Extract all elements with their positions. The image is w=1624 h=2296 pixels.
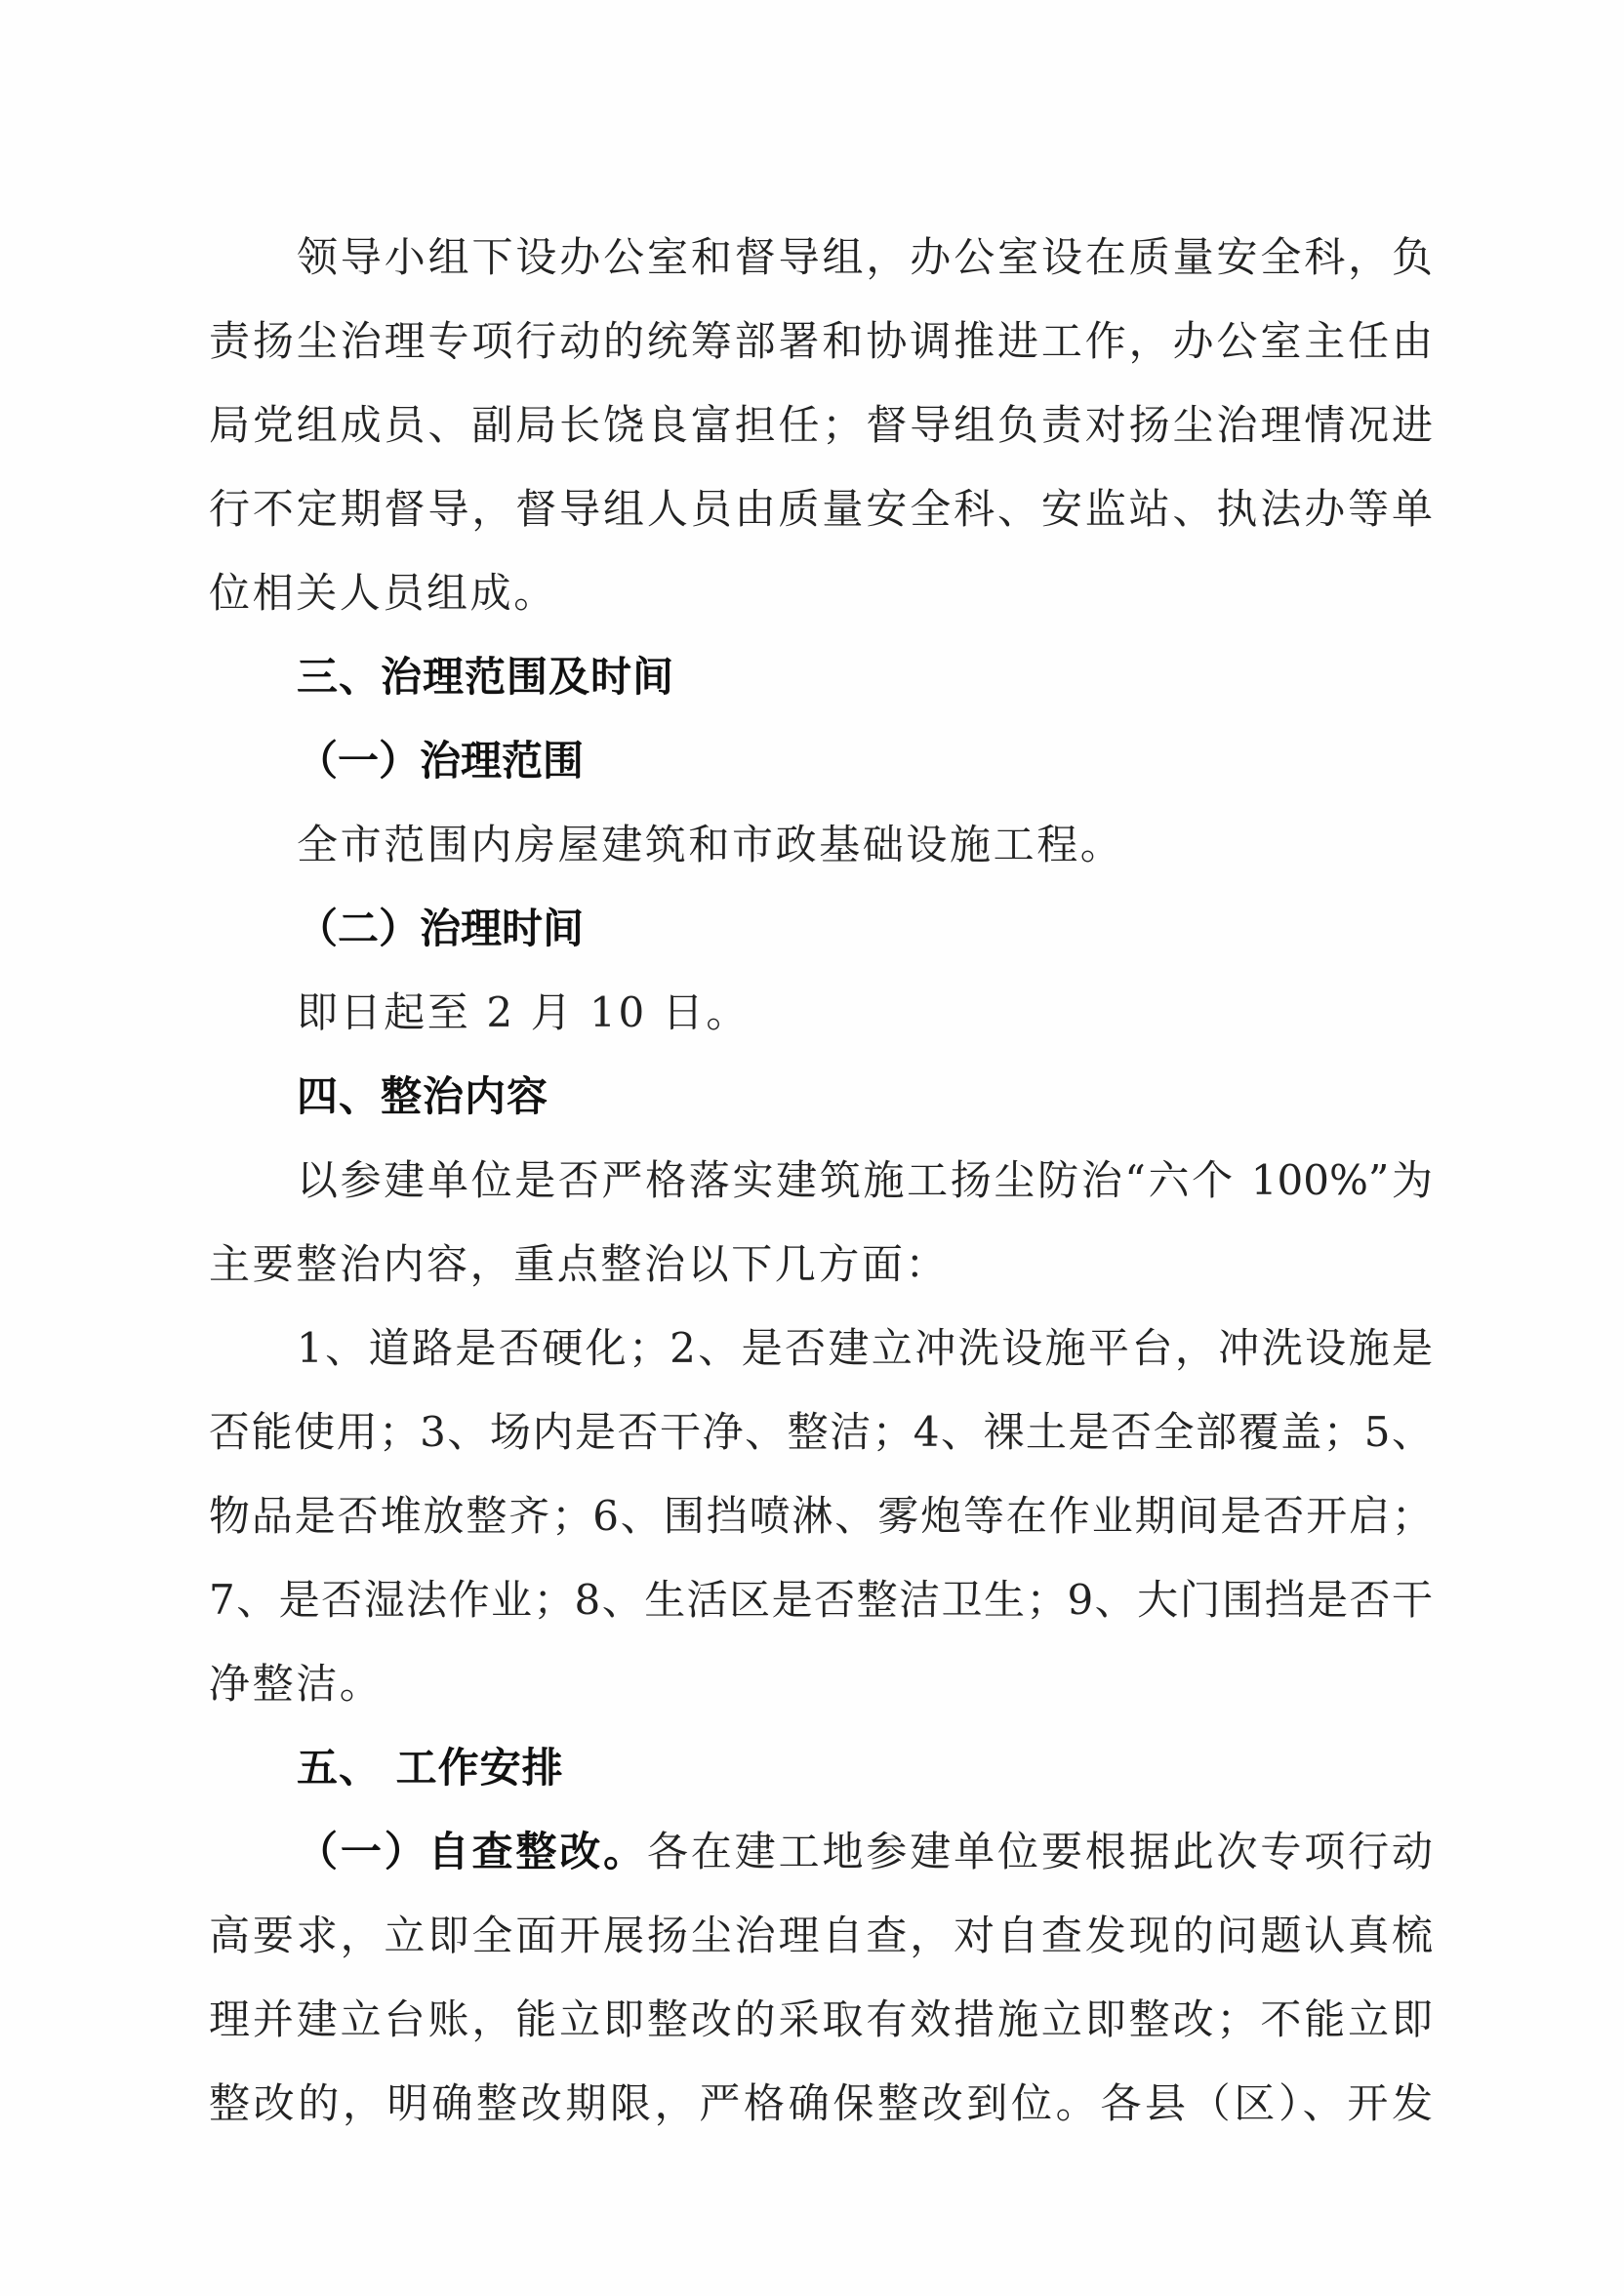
text-line: 物品是否堆放整齐；6、围挡喷淋、雾炮等在作业期间是否开启； <box>209 1485 1433 1569</box>
text-line: 整改的，明确整改期限，严格确保整改到位。各县（区）、开发 <box>209 2073 1433 2156</box>
paragraph-leadership-office: 领导小组下设办公室和督导组，办公室设在质量安全科，负 责扬尘治理专项行动的统筹部… <box>209 226 1433 646</box>
paragraph-lead-self-inspection: （一）自查整改。 <box>297 1828 647 1875</box>
subheading-scope: （一）治理范围 <box>209 730 1433 814</box>
text-line: 1、道路是否硬化；2、是否建立冲洗设施平台，冲洗设施是 <box>209 1317 1433 1401</box>
document-page: 领导小组下设办公室和督导组，办公室设在质量安全科，负 责扬尘治理专项行动的统筹部… <box>0 0 1624 2296</box>
section-heading-rectification-content: 四、整治内容 <box>209 1066 1433 1149</box>
text-line: 高要求，立即全面开展扬尘治理自查，对自查发现的问题认真梳 <box>209 1905 1433 1989</box>
section-heading-work-arrangement: 五、 工作安排 <box>209 1737 1433 1821</box>
text-line: 行不定期督导，督导组人员由质量安全科、安监站、执法办等单 <box>209 478 1433 562</box>
text-line: 领导小组下设办公室和督导组，办公室设在质量安全科，负 <box>209 226 1433 310</box>
text-line: （一）自查整改。各在建工地参建单位要根据此次专项行动 <box>209 1821 1433 1905</box>
subheading-time: （二）治理时间 <box>209 898 1433 982</box>
text-run: 各在建工地参建单位要根据此次专项行动 <box>647 1828 1433 1875</box>
paragraph-rectification-intro: 以参建单位是否严格落实建筑施工扬尘防治“六个 100%”为 主要整治内容，重点整… <box>209 1149 1433 1317</box>
text-line: 净整洁。 <box>209 1653 1433 1737</box>
paragraph-time: 即日起至 2 月 10 日。 <box>209 982 1433 1066</box>
paragraph-rectification-items: 1、道路是否硬化；2、是否建立冲洗设施平台，冲洗设施是 否能使用；3、场内是否干… <box>209 1317 1433 1737</box>
text-line: 责扬尘治理专项行动的统筹部署和协调推进工作，办公室主任由 <box>209 310 1433 394</box>
document-body: 领导小组下设办公室和督导组，办公室设在质量安全科，负 责扬尘治理专项行动的统筹部… <box>209 226 1433 2156</box>
text-line: 否能使用；3、场内是否干净、整洁；4、裸土是否全部覆盖；5、 <box>209 1401 1433 1485</box>
text-line: 7、是否湿法作业；8、生活区是否整洁卫生；9、大门围挡是否干 <box>209 1569 1433 1653</box>
text-line: 以参建单位是否严格落实建筑施工扬尘防治“六个 100%”为 <box>209 1149 1433 1233</box>
paragraph-self-inspection: （一）自查整改。各在建工地参建单位要根据此次专项行动 高要求，立即全面开展扬尘治… <box>209 1821 1433 2156</box>
section-heading-scope-and-time: 三、治理范围及时间 <box>209 646 1433 730</box>
text-line: 局党组成员、副局长饶良富担任；督导组负责对扬尘治理情况进 <box>209 394 1433 478</box>
text-line: 主要整治内容，重点整治以下几方面： <box>209 1233 1433 1317</box>
text-line: 理并建立台账，能立即整改的采取有效措施立即整改；不能立即 <box>209 1989 1433 2073</box>
paragraph-scope: 全市范围内房屋建筑和市政基础设施工程。 <box>209 814 1433 898</box>
text-line: 位相关人员组成。 <box>209 562 1433 646</box>
